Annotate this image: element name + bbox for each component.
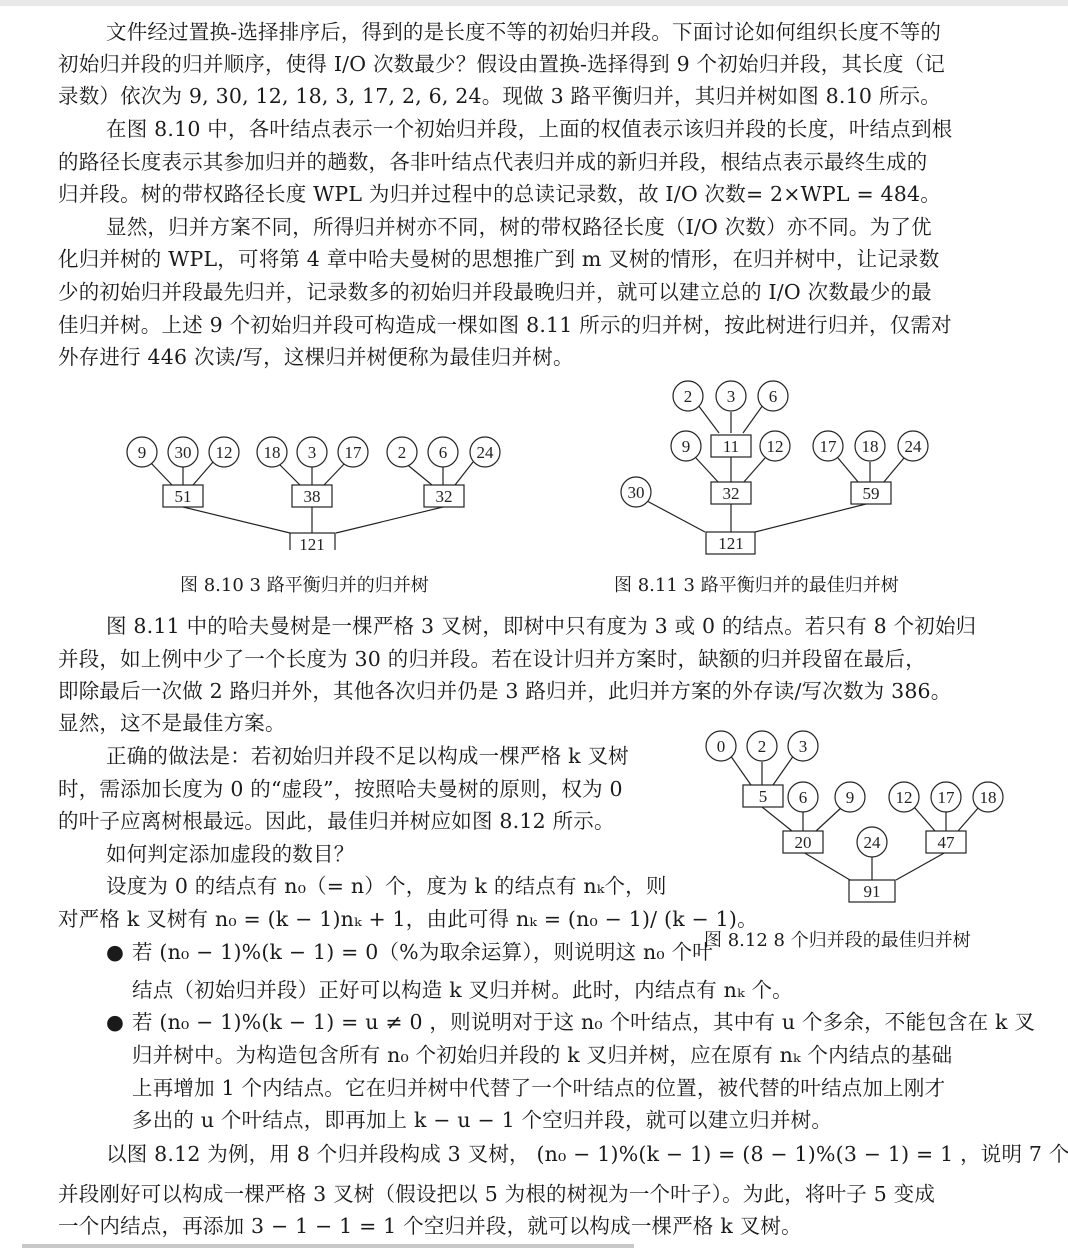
text-line: 显然，这不是最佳方案。 xyxy=(58,711,286,735)
leaf-node: 17 xyxy=(938,788,956,807)
leaf-node: 17 xyxy=(345,443,363,462)
figure-caption: 图 8.11 3 路平衡归并的最佳归并树 xyxy=(614,571,899,597)
leaf-node: 24 xyxy=(477,443,495,462)
root-node: 121 xyxy=(299,535,325,550)
leaf-node: 3 xyxy=(727,387,736,406)
leaf-node: 24 xyxy=(864,833,882,852)
text-line: 的路径长度表示其参加归并的趟数，各非叶结点代表归并成的新归并段，根结点表示最终生… xyxy=(58,150,927,174)
text-line: 文件经过置换-选择排序后，得到的是长度不等的初始归并段。下面讨论如何组织长度不等… xyxy=(106,20,941,44)
text-line: 录数）依次为 9, 30, 12, 18, 3, 17, 2, 6, 24。现做… xyxy=(58,84,941,108)
root-node: 121 xyxy=(718,534,744,553)
figure-8-11-optimal-merge-tree: 2 3 6 9 11 12 17 18 24 30 32 59 121 xyxy=(600,375,960,559)
leaf-node: 12 xyxy=(896,788,913,807)
leaf-node: 18 xyxy=(862,437,879,456)
text-line: 即除最后一次做 2 路归并外，其他各次归并仍是 3 路归并，此归并方案的外存读/… xyxy=(58,679,952,703)
text-line: 一个内结点，再添加 3 − 1 − 1 = 1 个空归并段，就可以构成一棵严格 … xyxy=(58,1214,802,1238)
internal-node: 20 xyxy=(795,833,812,852)
text-line: 归并树中。为构造包含所有 n₀ 个初始归并段的 k 叉归并树，应在原有 nₖ 个… xyxy=(132,1043,952,1067)
leaf-node: 12 xyxy=(216,443,233,462)
text-line: 时，需添加长度为 0 的“虚段”，按照哈夫曼树的原则，权为 0 xyxy=(58,777,623,801)
text-line: 少的初始归并段最先归并，记录数多的初始归并段最晚归并，就可以建立总的 I/O 次… xyxy=(58,280,932,304)
leaf-node: 2 xyxy=(684,387,693,406)
internal-node: 47 xyxy=(938,833,956,852)
leaf-node: 17 xyxy=(820,437,838,456)
leaf-node: 0 xyxy=(717,737,726,756)
leaf-node: 9 xyxy=(682,437,691,456)
text-line: 上再增加 1 个内结点。它在归并树中代替了一个叶结点的位置，被代替的叶结点加上刚… xyxy=(132,1076,945,1100)
text-line: 若 (n₀ − 1)%(k − 1) = 0（%为取余运算），则说明这 n₀ 个… xyxy=(132,940,713,964)
top-scroll-edge xyxy=(0,0,1068,6)
leaf-node: 30 xyxy=(175,443,192,462)
text-line: 显然，归并方案不同，所得归并树亦不同，树的带权路径长度（I/O 次数）亦不同。为… xyxy=(106,215,932,239)
text-line: 并段，如上例中少了一个长度为 30 的归并段。若在设计归并方案时，缺额的归并段留… xyxy=(58,647,926,671)
text-line: 外存进行 446 次读/写，这棵归并树便称为最佳归并树。 xyxy=(58,345,574,369)
leaf-node: 18 xyxy=(980,788,997,807)
root-node: 91 xyxy=(864,882,881,901)
leaf-node: 9 xyxy=(138,443,147,462)
text-line: 多出的 u 个叶结点，即再加上 k − u − 1 个空归并段，就可以建立归并树… xyxy=(132,1108,832,1132)
leaf-node: 9 xyxy=(846,788,855,807)
text-line: 以图 8.12 为例，用 8 个归并段构成 3 叉树， (n₀ − 1)%(k … xyxy=(106,1142,1068,1166)
figure-caption: 图 8.12 8 个归并段的最佳归并树 xyxy=(704,926,971,952)
text-line: 化归并树的 WPL，可将第 4 章中哈夫曼树的思想推广到 m 叉树的情形，在归并… xyxy=(58,247,939,271)
text-line: 初始归并段的归并顺序，使得 I/O 次数最少？假设由置换-选择得到 9 个初始归… xyxy=(58,52,945,76)
internal-node: 32 xyxy=(436,487,453,506)
leaf-node: 2 xyxy=(398,443,407,462)
text-line: 并段刚好可以构成一棵严格 3 叉树（假设把以 5 为根的树视为一个叶子）。为此，… xyxy=(58,1182,935,1206)
text-line: 正确的做法是：若初始归并段不足以构成一棵严格 k 叉树 xyxy=(106,744,629,768)
leaf-node: 30 xyxy=(628,483,645,502)
text-line: 在图 8.10 中，各叶结点表示一个初始归并段，上面的权值表示该归并段的长度，叶… xyxy=(106,117,952,141)
text-line: 若 (n₀ − 1)%(k − 1) = u ≠ 0 ，则说明对于这 n₀ 个叶… xyxy=(132,1010,1035,1034)
figure-8-10-merge-tree: 9 30 12 18 3 17 2 6 24 51 38 32 121 xyxy=(110,430,510,554)
scrollbar-thumb[interactable] xyxy=(22,1244,634,1248)
text-line: 如何判定添加虚段的数目？ xyxy=(106,842,354,866)
leaf-node: 6 xyxy=(769,387,778,406)
internal-node: 11 xyxy=(723,437,739,456)
internal-node: 32 xyxy=(723,484,740,503)
figure-caption: 图 8.10 3 路平衡归并的归并树 xyxy=(180,571,429,597)
leaf-node: 6 xyxy=(799,788,808,807)
text-line: 的叶子应离树根最远。因此，最佳归并树应如图 8.12 所示。 xyxy=(58,809,615,833)
leaf-node: 2 xyxy=(758,737,767,756)
text-line: 佳归并树。上述 9 个初始归并段可构造成一棵如图 8.11 所示的归并树，按此树… xyxy=(58,313,952,337)
text-line: 对严格 k 叉树有 n₀ = (k − 1)nₖ + 1，由此可得 nₖ = (… xyxy=(58,907,758,931)
leaf-node: 24 xyxy=(905,437,923,456)
leaf-node: 3 xyxy=(799,737,808,756)
bullet-icon: ● xyxy=(106,940,124,964)
leaf-node: 12 xyxy=(767,437,784,456)
text-line: 设度为 0 的结点有 n₀（= n）个，度为 k 的结点有 nₖ个，则 xyxy=(106,874,667,898)
text-line: 结点（初始归并段）正好可以构造 k 叉归并树。此时，内结点有 nₖ 个。 xyxy=(132,978,793,1002)
internal-node: 59 xyxy=(863,484,880,503)
internal-node: 38 xyxy=(304,487,321,506)
leaf-node: 6 xyxy=(439,443,448,462)
internal-node: 5 xyxy=(759,787,768,806)
text-line: 图 8.11 中的哈夫曼树是一棵严格 3 叉树，即树中只有度为 3 或 0 的结… xyxy=(106,614,976,638)
figure-8-12-optimal-merge-tree: 0 2 3 5 6 9 12 17 18 20 24 47 91 xyxy=(690,725,1020,909)
text-line: 归并段。树的带权路径长度 WPL 为归并过程中的总读记录数，故 I/O 次数= … xyxy=(58,182,941,206)
leaf-node: 18 xyxy=(264,443,281,462)
internal-node: 51 xyxy=(175,487,192,506)
bullet-icon: ● xyxy=(106,1010,124,1034)
leaf-node: 3 xyxy=(308,443,317,462)
